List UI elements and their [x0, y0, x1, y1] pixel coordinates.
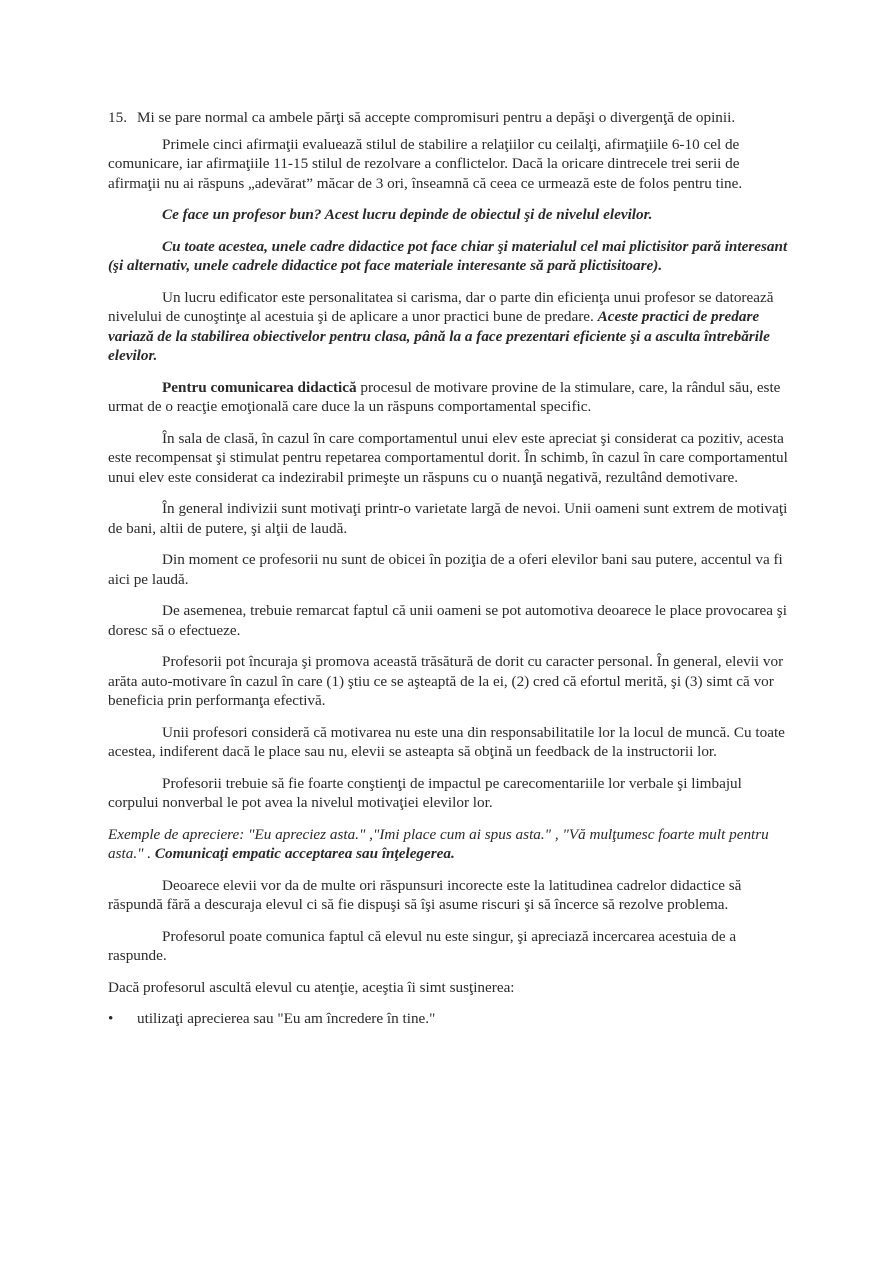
list-number: 15. [108, 108, 127, 128]
bullet-icon: • [108, 1009, 113, 1029]
paragraph-bold-lead: Pentru comunicarea didactică [162, 379, 357, 396]
paragraph-praise-focus: Din moment ce profesorii nu sunt de obic… [108, 550, 788, 589]
numbered-list-item-15: 15.Mi se pare normal ca ambele părţi să … [108, 108, 788, 128]
paragraph-classroom-behavior: În sala de clasă, în cazul în care compo… [108, 429, 788, 488]
paragraph-good-teacher-question: Ce face un profesor bun? Acest lucru dep… [108, 205, 788, 225]
paragraph-encourage-trait: Profesorii pot încuraja şi promova aceas… [108, 652, 788, 711]
bullet-text: utilizaţi aprecierea sau "Eu am încreder… [137, 1010, 435, 1027]
bullet-list-item: •utilizaţi aprecierea sau "Eu am încrede… [108, 1009, 788, 1029]
paragraph-personality-charisma: Un lucru edificator este personalitatea … [108, 288, 788, 366]
paragraph-didactic-communication: Pentru comunicarea didactică procesul de… [108, 378, 788, 417]
paragraph-self-motivation: De asemenea, trebuie remarcat faptul că … [108, 601, 788, 640]
examples-emphasis: Comunicaţi empatic acceptarea sau înţele… [155, 845, 455, 862]
paragraph-boring-material: Cu toate acestea, unele cadre didactice … [108, 237, 788, 276]
paragraph-nonverbal-impact: Profesorii trebuie să fie foarte conştie… [108, 774, 788, 813]
paragraph-listening: Dacă profesorul ascultă elevul cu atenţi… [108, 978, 788, 998]
paragraph-not-alone: Profesorul poate comunica faptul că elev… [108, 927, 788, 966]
paragraph-incorrect-answers: Deoarece elevii vor da de multe ori răsp… [108, 876, 788, 915]
list-item-text: Mi se pare normal ca ambele părţi să acc… [137, 109, 735, 126]
document-page: 15.Mi se pare normal ca ambele părţi să … [108, 108, 788, 1029]
paragraph-statements-evaluation: Primele cinci afirmaţii evaluează stilul… [108, 135, 788, 194]
paragraph-teacher-responsibility: Unii profesori consideră că motivarea nu… [108, 723, 788, 762]
paragraph-appreciation-examples: Exemple de apreciere: "Eu apreciez asta.… [108, 825, 788, 864]
paragraph-motivation-needs: În general indivizii sunt motivaţi print… [108, 499, 788, 538]
